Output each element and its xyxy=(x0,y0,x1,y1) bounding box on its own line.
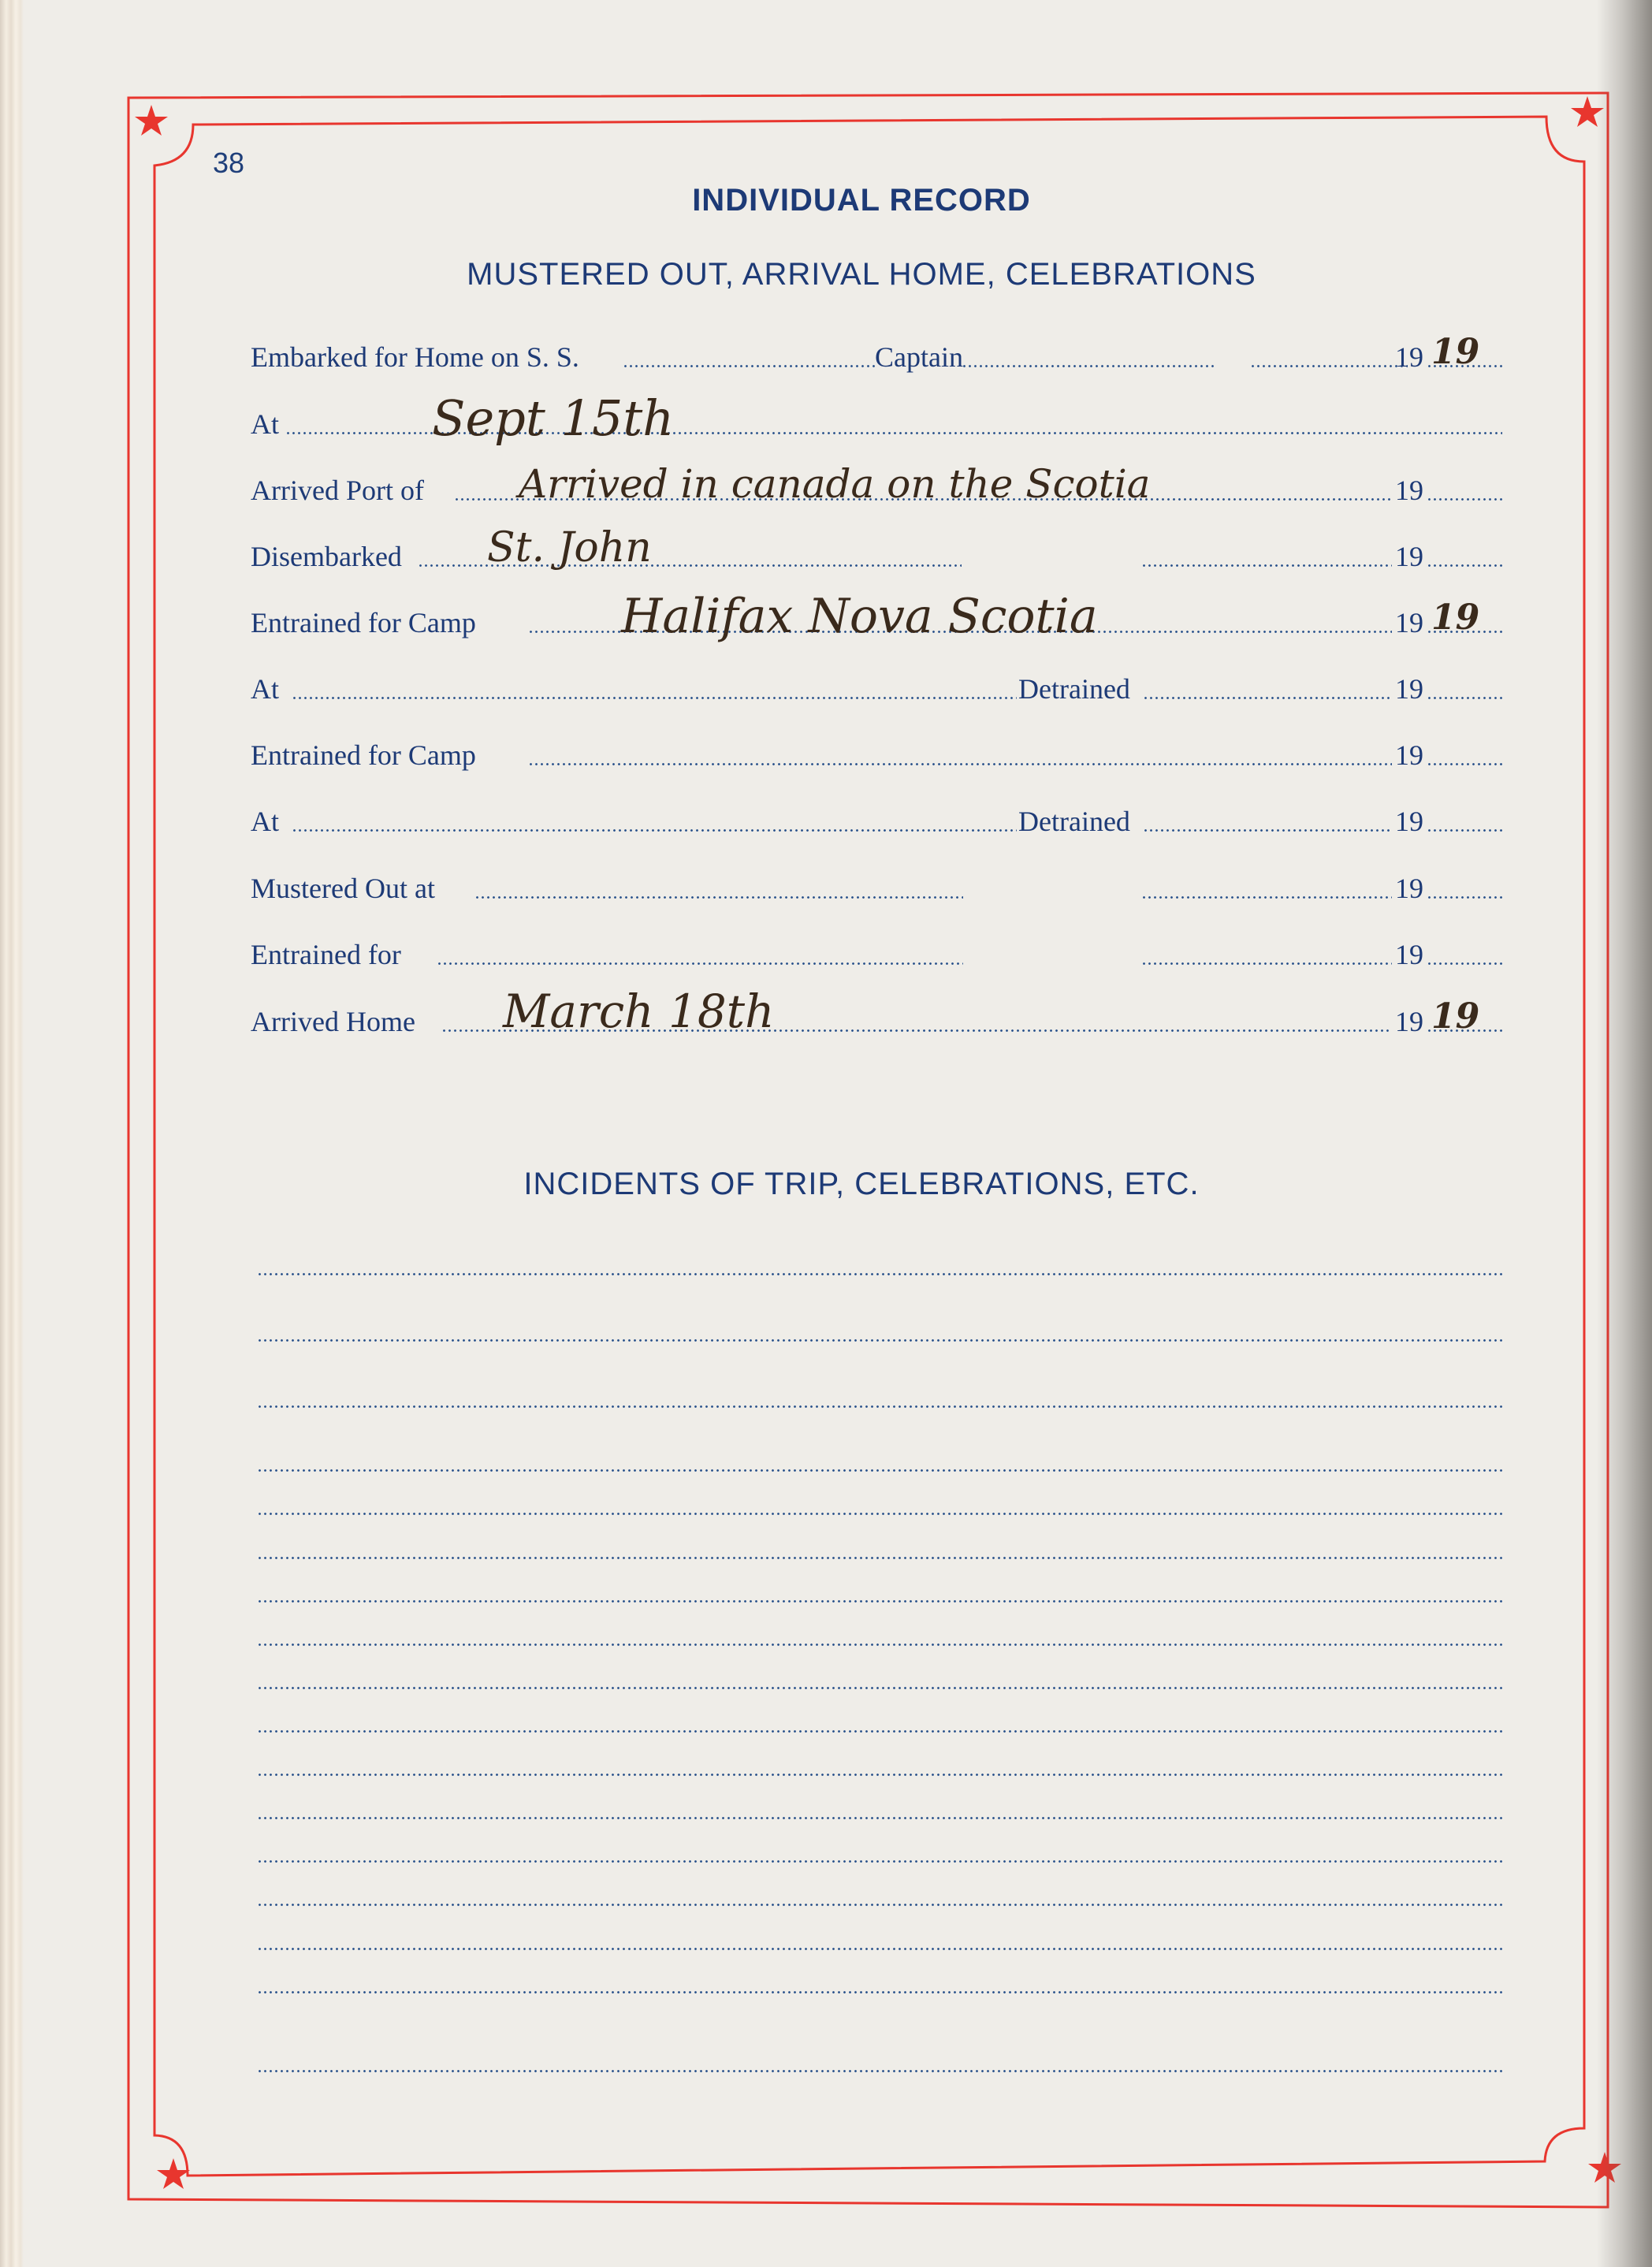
incident-line[interactable] xyxy=(257,1513,1502,1515)
field-at-1: At Sept 15th xyxy=(251,403,1502,442)
arrived-port-label: Arrived Port of xyxy=(251,474,424,507)
mustered-out-year-input[interactable] xyxy=(1427,896,1502,899)
captain-label: Captain xyxy=(875,341,963,374)
incident-line[interactable] xyxy=(257,1904,1502,1906)
entrained-camp-year-handwritten: 19 xyxy=(1431,597,1479,638)
captain-input[interactable] xyxy=(962,365,1214,367)
arrived-port-year-input[interactable] xyxy=(1427,498,1502,501)
incident-line[interactable] xyxy=(257,1339,1502,1342)
entrained-for-year-input[interactable] xyxy=(1427,962,1502,965)
arrived-port-handwritten: Arrived in canada on the Scotia xyxy=(519,461,1151,507)
disembarked-year-input[interactable] xyxy=(1427,564,1502,567)
field-at-3: At Detrained 19 xyxy=(251,800,1502,839)
at-handwritten-1: Sept 15th xyxy=(432,389,674,447)
page-subtitle: MUSTERED OUT, ARRIVAL HOME, CELEBRATIONS xyxy=(0,257,1652,292)
entrained-for-input[interactable] xyxy=(437,962,963,965)
incident-line[interactable] xyxy=(257,2070,1502,2072)
field-entrained-camp-1: Entrained for Camp Halifax Nova Scotia 1… xyxy=(251,601,1502,641)
entrained-camp-label: Entrained for Camp xyxy=(251,739,476,772)
page-number: 38 xyxy=(213,147,244,180)
detrained-label: Detrained xyxy=(1018,805,1130,838)
entrained-camp-label: Entrained for Camp xyxy=(251,606,476,639)
incident-line[interactable] xyxy=(257,1273,1502,1275)
field-entrained-for: Entrained for 19 xyxy=(251,933,1502,973)
star-icon xyxy=(157,2158,190,2189)
year-prefix: 19 xyxy=(1395,805,1423,838)
incident-line[interactable] xyxy=(257,1643,1502,1646)
entrained-camp-input-2[interactable] xyxy=(528,763,1392,765)
page-title: INDIVIDUAL RECORD xyxy=(0,183,1652,218)
incident-line[interactable] xyxy=(257,1469,1502,1472)
field-arrived-port: Arrived Port of Arrived in canada on the… xyxy=(251,469,1502,508)
disembarked-date-input[interactable] xyxy=(1141,564,1392,567)
at-label: At xyxy=(251,672,279,705)
detrained-input-2[interactable] xyxy=(1143,829,1392,832)
incident-line[interactable] xyxy=(257,1774,1502,1776)
entrained-for-date-input[interactable] xyxy=(1141,962,1392,965)
at-input-3[interactable] xyxy=(292,829,1017,832)
year-prefix: 19 xyxy=(1395,872,1423,905)
incident-line[interactable] xyxy=(257,1405,1502,1408)
detrained-input-1[interactable] xyxy=(1143,697,1392,699)
year-prefix: 19 xyxy=(1395,1005,1423,1038)
disembarked-handwritten: St. John xyxy=(487,524,652,571)
year-prefix: 19 xyxy=(1395,672,1423,705)
incident-line[interactable] xyxy=(257,1730,1502,1733)
star-icon xyxy=(135,105,168,136)
mustered-out-date-input[interactable] xyxy=(1141,896,1392,899)
incident-line[interactable] xyxy=(257,1817,1502,1819)
incident-line[interactable] xyxy=(257,1948,1502,1950)
at-input-2[interactable] xyxy=(292,697,1017,699)
field-entrained-camp-2: Entrained for Camp 19 xyxy=(251,734,1502,773)
arrived-home-label: Arrived Home xyxy=(251,1005,415,1038)
mustered-out-input[interactable] xyxy=(474,896,963,899)
field-disembarked: Disembarked St. John 19 xyxy=(251,535,1502,575)
ship-name-input[interactable] xyxy=(623,365,875,367)
incident-line[interactable] xyxy=(257,1600,1502,1603)
entrained-camp-handwritten: Halifax Nova Scotia xyxy=(621,589,1098,644)
field-mustered-out: Mustered Out at 19 xyxy=(251,867,1502,906)
year-prefix: 19 xyxy=(1395,606,1423,639)
year-prefix: 19 xyxy=(1395,739,1423,772)
incident-line[interactable] xyxy=(257,1557,1502,1559)
year-prefix: 19 xyxy=(1395,938,1423,971)
incidents-heading: INCIDENTS OF TRIP, CELEBRATIONS, ETC. xyxy=(0,1167,1652,1202)
embarked-year-handwritten: 19 xyxy=(1431,332,1479,372)
incident-line[interactable] xyxy=(257,1860,1502,1863)
field-at-2: At Detrained 19 xyxy=(251,668,1502,707)
book-spine-shadow xyxy=(1597,0,1652,2267)
entrained-camp-year-input-2[interactable] xyxy=(1427,763,1502,765)
detrained-year-input-1[interactable] xyxy=(1427,697,1502,699)
embarked-label: Embarked for Home on S. S. xyxy=(251,341,579,374)
embarked-date-input[interactable] xyxy=(1250,365,1408,367)
detrained-label: Detrained xyxy=(1018,672,1130,705)
arrived-home-handwritten: March 18th xyxy=(503,985,774,1038)
disembarked-label: Disembarked xyxy=(251,540,402,573)
entrained-for-label: Entrained for xyxy=(251,938,401,971)
arrived-home-year-handwritten: 19 xyxy=(1431,996,1479,1037)
at-label: At xyxy=(251,408,279,441)
incident-line[interactable] xyxy=(257,1687,1502,1689)
mustered-out-label: Mustered Out at xyxy=(251,872,435,905)
year-prefix: 19 xyxy=(1395,540,1423,573)
at-label: At xyxy=(251,805,279,838)
detrained-year-input-2[interactable] xyxy=(1427,829,1502,832)
year-prefix: 19 xyxy=(1395,474,1423,507)
field-arrived-home: Arrived Home March 18th 19 19 xyxy=(251,1000,1502,1040)
field-embarked: Embarked for Home on S. S. Captain 19 19 xyxy=(251,336,1502,375)
year-prefix: 19 xyxy=(1395,341,1423,374)
incident-line[interactable] xyxy=(257,1991,1502,1993)
